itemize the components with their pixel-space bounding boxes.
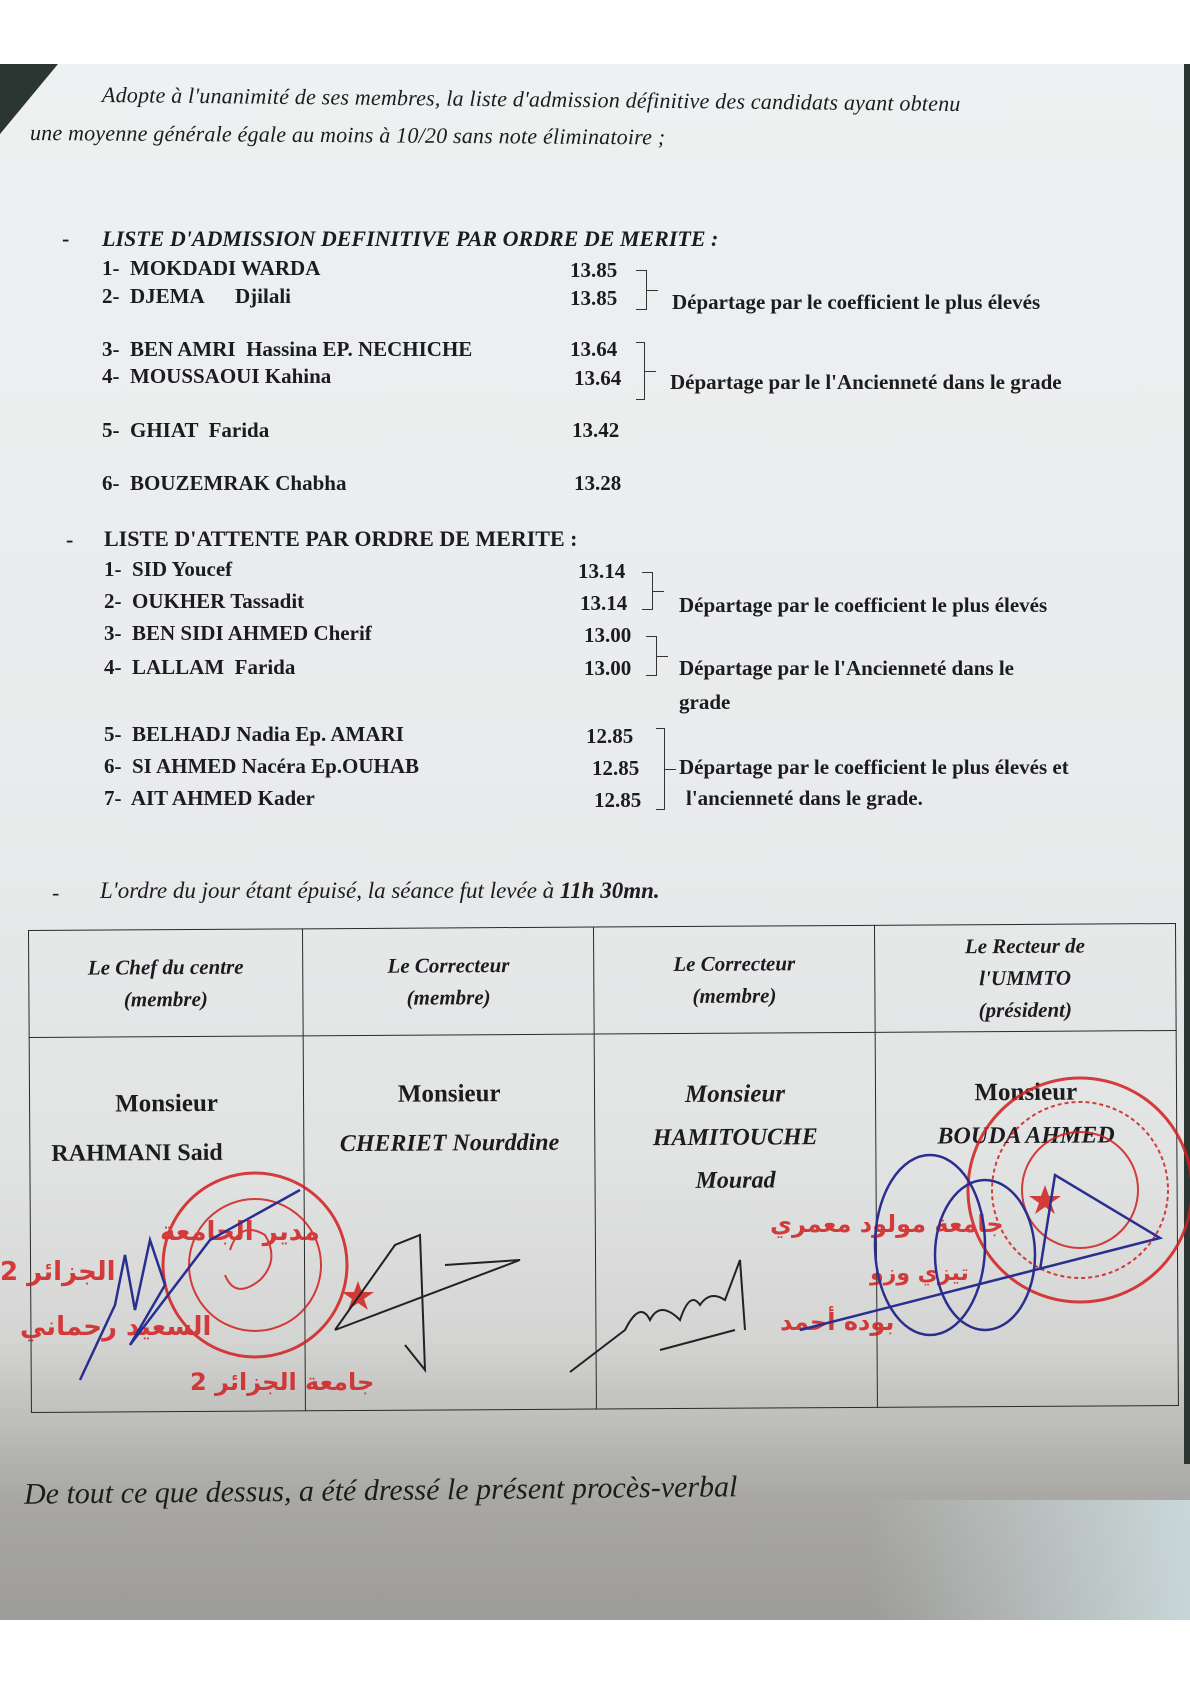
session-closing-line: L'ordre du jour étant épuisé, la séance … [100, 878, 660, 904]
tie-note: Départage par le coefficient le plus éle… [672, 290, 1040, 315]
list-item: 4- MOUSSAOUI Kahina [102, 364, 331, 389]
score: 13.14 [580, 591, 627, 616]
score: 12.85 [586, 724, 633, 749]
signatory-name: HAMITOUCHE [597, 1124, 874, 1153]
closing-time: 11h 30mn. [560, 878, 660, 903]
signature-role: Le Chef du centre(membre) [29, 929, 304, 1038]
signature-cell: Monsieur CHERIET Nourddine [303, 1034, 597, 1411]
signatures-table: Le Chef du centre(membre) Le Correcteur(… [28, 923, 1179, 1413]
list-item: 2- OUKHER Tassadit [104, 589, 304, 614]
desk-background-right [1184, 64, 1190, 1464]
tie-bracket [636, 342, 645, 400]
list-item: 1- MOKDADI WARDA [102, 256, 320, 281]
signatory-name: BOUDA AHMED [877, 1122, 1176, 1151]
tie-note-continued: l'ancienneté dans le grade. [686, 786, 923, 811]
score: 13.28 [574, 471, 621, 496]
score: 13.64 [574, 366, 621, 391]
list-item: 5- GHIAT Farida [102, 418, 269, 443]
score: 12.85 [592, 756, 639, 781]
list-item: 6- SI AHMED Nacéra Ep.OUHAB [104, 754, 419, 779]
signatory-title: Monsieur [876, 1078, 1175, 1108]
bullet: - [66, 527, 73, 553]
signatory-name: RAHMANI Said [31, 1139, 302, 1168]
signatory-title: Monsieur [596, 1080, 873, 1110]
list-item: 4- LALLAM Farida [104, 655, 295, 680]
list-item: 3- BEN AMRI Hassina EP. NECHICHE [102, 337, 472, 362]
signature-cell: Monsieur HAMITOUCHE Mourad [595, 1032, 877, 1409]
score: 13.00 [584, 656, 631, 681]
score: 13.00 [584, 623, 631, 648]
signatory-title: Monsieur [31, 1089, 302, 1119]
score: 13.85 [570, 286, 617, 311]
list-item: 5- BELHADJ Nadia Ep. AMARI [104, 722, 404, 747]
list-item: 1- SID Youcef [104, 557, 232, 582]
score: 13.85 [570, 258, 617, 283]
list-item: 7- AIT AHMED Kader [104, 786, 315, 811]
signatory-title: Monsieur [305, 1080, 594, 1110]
signature-cell: Monsieur BOUDA AHMED [875, 1030, 1179, 1407]
score: 12.85 [594, 788, 641, 813]
light-reflection [870, 1500, 1190, 1620]
score: 13.42 [572, 418, 619, 443]
tie-note: Départage par le l'Ancienneté dans le [679, 656, 1014, 681]
tie-bracket [656, 728, 665, 810]
list-item: 3- BEN SIDI AHMED Cherif [104, 621, 372, 646]
tie-bracket [646, 636, 657, 676]
intro-line-2: une moyenne générale égale au moins à 10… [30, 120, 666, 150]
signature-role: Le Recteur del'UMMTO(président) [874, 923, 1176, 1032]
tie-note: Départage par le l'Ancienneté dans le gr… [670, 370, 1062, 395]
signatory-name-line2: Mourad [597, 1167, 874, 1196]
list-item: 2- DJEMA Djilali [102, 284, 291, 309]
tie-note: Départage par le coefficient le plus éle… [679, 593, 1047, 618]
bullet: - [52, 880, 59, 906]
score: 13.64 [570, 337, 617, 362]
tie-note: Départage par le coefficient le plus éle… [679, 755, 1069, 780]
signature-role: Le Correcteur(membre) [302, 927, 594, 1036]
bullet: - [62, 226, 69, 252]
signature-role: Le Correcteur(membre) [594, 925, 875, 1034]
tie-note-continued: grade [679, 690, 730, 715]
tie-bracket [636, 270, 647, 310]
score: 13.14 [578, 559, 625, 584]
tie-bracket [642, 572, 653, 610]
list-item: 6- BOUZEMRAK Chabha [102, 471, 346, 496]
signature-cell: Monsieur RAHMANI Said [29, 1036, 305, 1413]
signatory-name: CHERIET Nourddine [305, 1130, 594, 1159]
waiting-heading: LISTE D'ATTENTE PAR ORDRE DE MERITE : [104, 526, 577, 552]
admission-heading: LISTE D'ADMISSION DEFINITIVE PAR ORDRE D… [102, 226, 718, 252]
